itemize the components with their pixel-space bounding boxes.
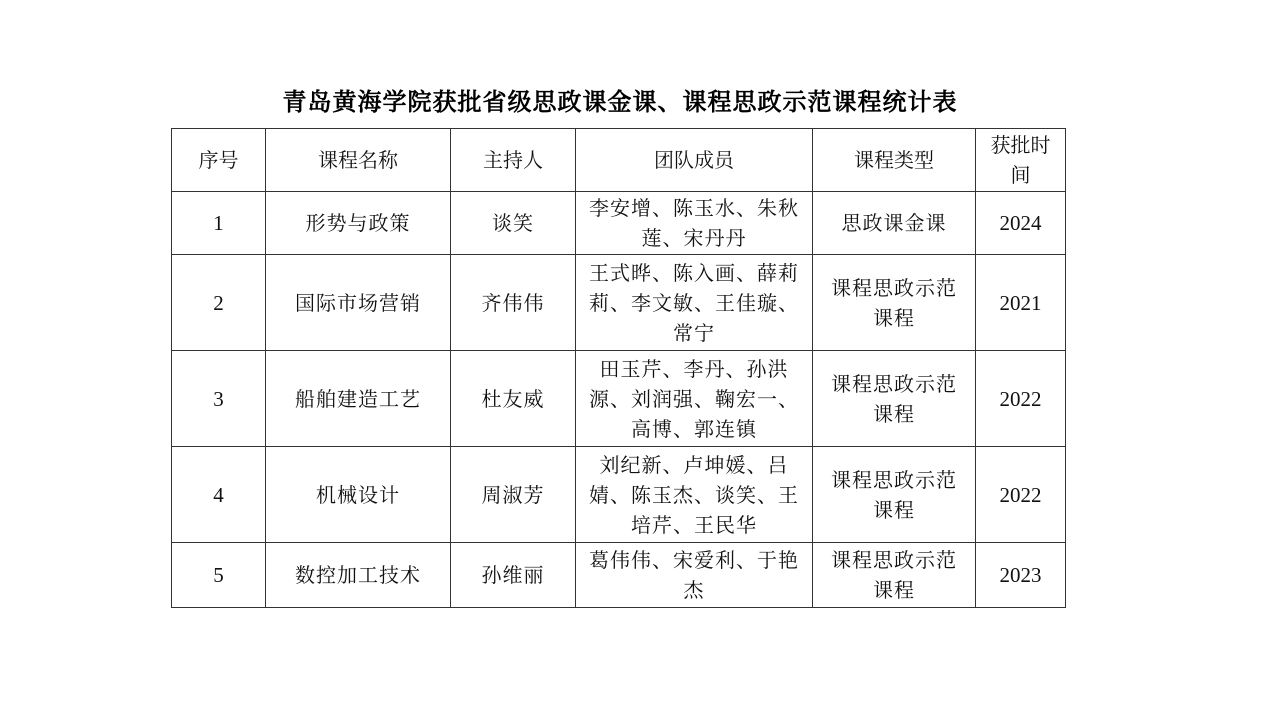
cell-seq: 4 — [172, 447, 266, 543]
cell-course-name: 形势与政策 — [266, 192, 451, 255]
course-type: 课程思政示范课程 — [819, 465, 969, 525]
cell-course-type: 思政课金课 — [813, 192, 976, 255]
header-team: 团队成员 — [576, 129, 813, 192]
cell-seq: 5 — [172, 543, 266, 608]
header-host: 主持人 — [451, 129, 576, 192]
cell-team: 葛伟伟、宋爱利、于艳杰 — [576, 543, 813, 608]
header-course-name: 课程名称 — [266, 129, 451, 192]
cell-seq: 2 — [172, 255, 266, 351]
course-type: 思政课金课 — [819, 208, 969, 238]
table-row: 1 形势与政策 谈笑 李安增、陈玉水、朱秋莲、宋丹丹 思政课金课 2024 — [172, 192, 1066, 255]
course-statistics-table: 序号 课程名称 主持人 团队成员 课程类型 获批时间 1 形势与政策 谈笑 李安… — [171, 128, 1066, 608]
table-row: 2 国际市场营销 齐伟伟 王式晔、陈入画、薛莉莉、李文敏、王佳璇、常宁 课程思政… — [172, 255, 1066, 351]
table-row: 3 船舶建造工艺 杜友威 田玉芹、李丹、孙洪源、刘润强、鞠宏一、高博、郭连镇 课… — [172, 351, 1066, 447]
cell-host: 谈笑 — [451, 192, 576, 255]
cell-seq: 1 — [172, 192, 266, 255]
table-header-row: 序号 课程名称 主持人 团队成员 课程类型 获批时间 — [172, 129, 1066, 192]
cell-course-type: 课程思政示范课程 — [813, 351, 976, 447]
course-type: 课程思政示范课程 — [819, 273, 969, 333]
cell-seq: 3 — [172, 351, 266, 447]
cell-course-name: 船舶建造工艺 — [266, 351, 451, 447]
table-row: 5 数控加工技术 孙维丽 葛伟伟、宋爱利、于艳杰 课程思政示范课程 2023 — [172, 543, 1066, 608]
cell-team: 田玉芹、李丹、孙洪源、刘润强、鞠宏一、高博、郭连镇 — [576, 351, 813, 447]
course-type: 课程思政示范课程 — [819, 545, 969, 605]
team-members: 葛伟伟、宋爱利、于艳杰 — [582, 545, 806, 605]
cell-approval-year: 2021 — [976, 255, 1066, 351]
cell-approval-year: 2022 — [976, 447, 1066, 543]
cell-course-name: 机械设计 — [266, 447, 451, 543]
cell-host: 齐伟伟 — [451, 255, 576, 351]
cell-host: 周淑芳 — [451, 447, 576, 543]
team-members: 刘纪新、卢坤媛、吕婧、陈玉杰、谈笑、王培芹、王民华 — [582, 450, 806, 540]
course-type: 课程思政示范课程 — [819, 369, 969, 429]
document-title: 青岛黄海学院获批省级思政课金课、课程思政示范课程统计表 — [0, 82, 1240, 117]
header-approval-year: 获批时间 — [976, 129, 1066, 192]
cell-host: 孙维丽 — [451, 543, 576, 608]
cell-course-name: 国际市场营销 — [266, 255, 451, 351]
header-approval-year-label: 获批时间 — [982, 130, 1059, 190]
cell-team: 李安增、陈玉水、朱秋莲、宋丹丹 — [576, 192, 813, 255]
cell-course-type: 课程思政示范课程 — [813, 543, 976, 608]
cell-approval-year: 2023 — [976, 543, 1066, 608]
team-members: 王式晔、陈入画、薛莉莉、李文敏、王佳璇、常宁 — [582, 258, 806, 348]
header-seq: 序号 — [172, 129, 266, 192]
header-course-type: 课程类型 — [813, 129, 976, 192]
cell-approval-year: 2024 — [976, 192, 1066, 255]
cell-host: 杜友威 — [451, 351, 576, 447]
cell-team: 王式晔、陈入画、薛莉莉、李文敏、王佳璇、常宁 — [576, 255, 813, 351]
team-members: 李安增、陈玉水、朱秋莲、宋丹丹 — [582, 193, 806, 253]
cell-course-type: 课程思政示范课程 — [813, 447, 976, 543]
cell-course-type: 课程思政示范课程 — [813, 255, 976, 351]
cell-team: 刘纪新、卢坤媛、吕婧、陈玉杰、谈笑、王培芹、王民华 — [576, 447, 813, 543]
team-members: 田玉芹、李丹、孙洪源、刘润强、鞠宏一、高博、郭连镇 — [582, 354, 806, 444]
cell-approval-year: 2022 — [976, 351, 1066, 447]
table-row: 4 机械设计 周淑芳 刘纪新、卢坤媛、吕婧、陈玉杰、谈笑、王培芹、王民华 课程思… — [172, 447, 1066, 543]
cell-course-name: 数控加工技术 — [266, 543, 451, 608]
